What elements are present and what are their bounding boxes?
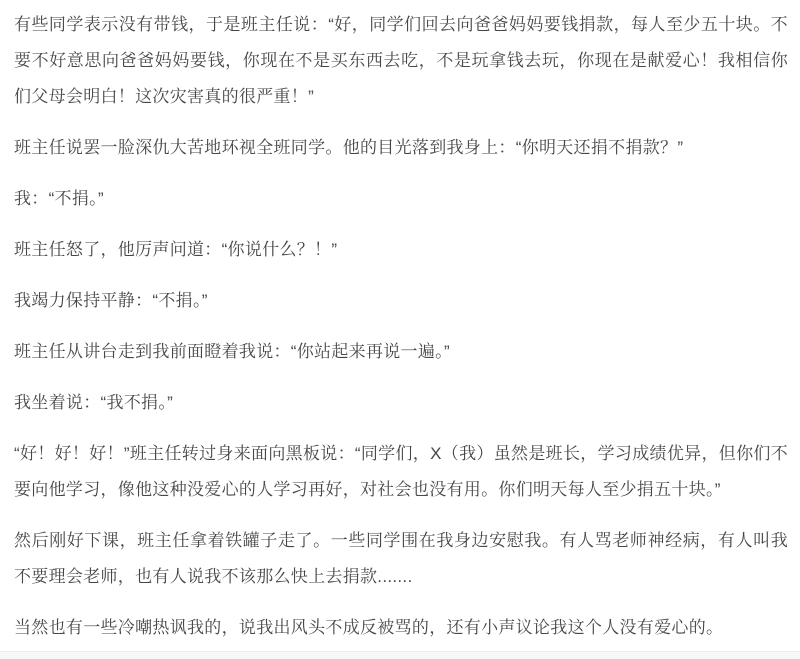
next-section-divider: [0, 651, 800, 659]
paragraph-2: 班主任说罢一脸深仇大苦地环视全班同学。他的目光落到我身上：“你明天还捐不捐款？”: [14, 130, 788, 166]
paragraph-8: “好！好！好！”班主任转过身来面向黑板说：“同学们，X（我）虽然是班长，学习成绩…: [14, 436, 788, 508]
paragraph-5: 我竭力保持平静：“不捐。”: [14, 283, 788, 319]
paragraph-10: 当然也有一些冷嘲热讽我的，说我出风头不成反被骂的，还有小声议论我这个人没有爱心的…: [14, 610, 788, 646]
paragraph-6: 班主任从讲台走到我前面瞪着我说：“你站起来再说一遍。”: [14, 334, 788, 370]
paragraph-7: 我坐着说：“我不捐。”: [14, 385, 788, 421]
paragraph-9: 然后刚好下课，班主任拿着铁罐子走了。一些同学围在我身边安慰我。有人骂老师神经病，…: [14, 523, 788, 595]
article-body: 有些同学表示没有带钱，于是班主任说：“好，同学们回去向爸爸妈妈要钱捐款，每人至少…: [0, 0, 800, 646]
paragraph-4: 班主任怒了，他厉声问道：“你说什么？！”: [14, 232, 788, 268]
paragraph-1: 有些同学表示没有带钱，于是班主任说：“好，同学们回去向爸爸妈妈要钱捐款，每人至少…: [14, 7, 788, 115]
paragraph-3: 我：“不捐。”: [14, 181, 788, 217]
